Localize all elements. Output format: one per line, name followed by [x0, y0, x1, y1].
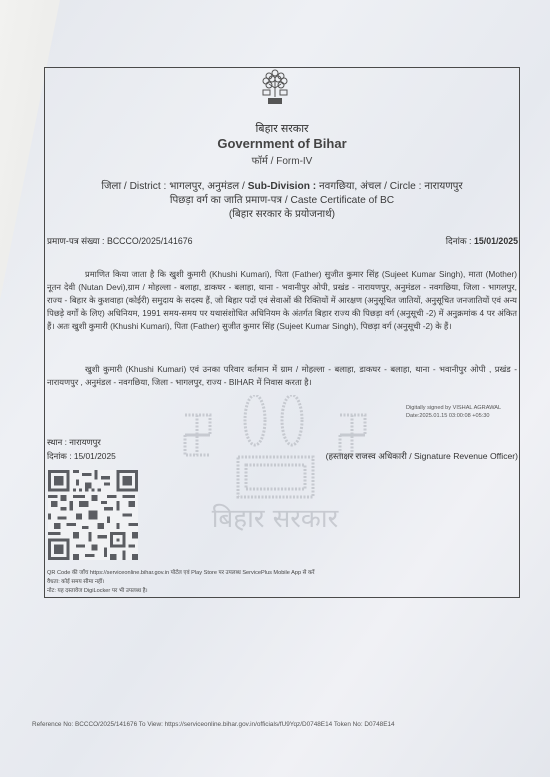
certificate-number-value: BCCCO/2025/141676: [107, 236, 193, 246]
location-line: जिला / District : भागलपुर, अनुमंडल / Sub…: [44, 178, 520, 192]
place: स्थान : नारायणपुर: [47, 437, 101, 448]
date-value: 15/01/2025: [474, 236, 518, 246]
certificate-number-label: प्रमाण-पत्र संख्या :: [47, 236, 105, 246]
place-value: नारायणपुर: [69, 437, 101, 447]
certificate-number: प्रमाण-पत्र संख्या : BCCCO/2025/141676: [47, 235, 193, 247]
header-hindi-title: बिहार सरकार: [44, 121, 520, 136]
footnote-validity: वैधता: कोई समय सीमा नहीं।: [47, 578, 105, 586]
issue-date: दिनांक : 15/01/2025: [47, 451, 116, 462]
date-label: दिनांक :: [446, 236, 472, 246]
residence-paragraph: खुशी कुमारी (Khushi Kumari) एवं उनका परि…: [47, 363, 517, 389]
subdivision-label-hi: अनुमंडल /: [207, 181, 245, 192]
subdivision-label-en: Sub-Division :: [248, 181, 316, 192]
circle-label-hi: अंचल /: [360, 181, 387, 192]
qr-code-icon: [48, 468, 138, 562]
form-number: फॉर्म / Form-IV: [44, 153, 520, 167]
place-label: स्थान :: [47, 437, 67, 447]
issue-date-label: दिनांक :: [47, 451, 72, 461]
reference-line: Reference No: BCCCO/2025/141676 To View:…: [32, 721, 395, 728]
certificate-date: दिनांक : 15/01/2025: [446, 235, 518, 247]
svg-text:बिहार सरकार: बिहार सरकार: [212, 503, 340, 534]
signature-caption: (हस्ताक्षर राजस्व अधिकारी / Signature Re…: [326, 450, 518, 462]
digital-signature-signer: Digitally signed by VISHAL AGRAWAL: [406, 404, 501, 412]
certification-paragraph: प्रमाणित किया जाता है कि खुशी कुमारी (Kh…: [47, 268, 517, 333]
certificate-title: पिछड़ा वर्ग का जाति प्रमाण-पत्र / Caste …: [44, 192, 520, 206]
footnote-qr-verification: QR Code की जाँच https://serviceonline.bi…: [47, 569, 315, 577]
district-label: जिला / District :: [101, 181, 166, 192]
issue-date-value: 15/01/2025: [74, 451, 116, 461]
district-value: भागलपुर,: [169, 181, 204, 192]
digital-signature: Digitally signed by VISHAL AGRAWAL Date:…: [406, 404, 501, 420]
footnote-digilocker: नोट: यह दस्तावेज DigiLocker पर भी उपलब्ध…: [47, 587, 148, 595]
digital-signature-date: Date:2025.01.15 03:00:08 +05:30: [406, 412, 501, 420]
circle-label-en: Circle :: [390, 181, 422, 192]
subdivision-value: नवगछिया,: [319, 181, 357, 192]
bihar-sarkar-watermark-icon: बिहार सरकार: [180, 395, 370, 535]
bodhi-tree-emblem-icon: [255, 68, 295, 108]
certificate-purpose: (बिहार सरकार के प्रयोजनार्थ): [44, 206, 520, 220]
circle-value: नारायणपुर: [424, 181, 462, 192]
header-english-title: Government of Bihar: [44, 136, 520, 151]
